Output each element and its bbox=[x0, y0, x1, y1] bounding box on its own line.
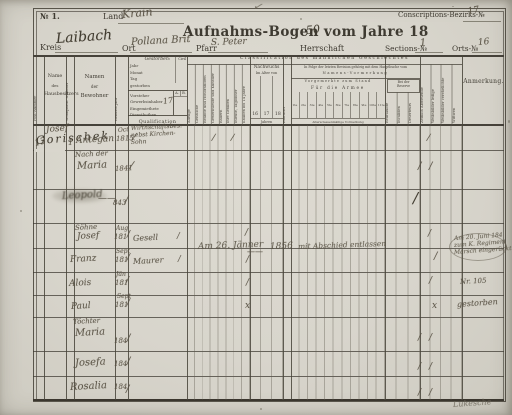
zuwachs-column: Zuwachs bbox=[283, 64, 291, 125]
right-column-label: Weibsbilder ledige bbox=[431, 64, 442, 125]
rule bbox=[472, 52, 502, 53]
paper-speck bbox=[452, 6, 454, 7]
right-column-label: Zeitlich Abwesende bbox=[420, 64, 431, 125]
age-class-label: 16 bbox=[250, 76, 260, 118]
column-label: Name bbox=[44, 72, 66, 82]
conscription-district-label: Conscriptions-Bezirks-№ bbox=[398, 12, 485, 19]
class-group-label: Beamte und Honoratioren bbox=[203, 64, 211, 125]
column-label: Geburts-Jahr bbox=[115, 62, 128, 123]
reserve-sub-columns: BeurlaubteInvalidenDeserteurs bbox=[385, 92, 420, 125]
column-label: Zuwachs bbox=[283, 64, 291, 125]
column-header-post-number: Post-Nummer bbox=[34, 62, 44, 123]
reserve-sub-label: Deserteurs bbox=[408, 92, 420, 125]
status-box: VorsteherGewerbsinhaberEingemietheteDien… bbox=[128, 90, 187, 115]
armee-class-label: 1te bbox=[291, 92, 299, 118]
column-grid-band bbox=[291, 125, 385, 400]
column-label: Hausbesitzers bbox=[44, 90, 66, 100]
rule bbox=[463, 21, 501, 22]
status-cols: A.B. bbox=[173, 91, 187, 115]
armee-class-label: 9te bbox=[359, 92, 368, 118]
right-column-label: Weibsbilder verehelichte bbox=[441, 64, 452, 125]
column-grid-band bbox=[420, 125, 462, 400]
column-label: des bbox=[44, 82, 66, 90]
paper-speck bbox=[300, 18, 302, 20]
civil-label: Civil bbox=[175, 57, 186, 83]
nachwuchs-title: Nachwuchs bbox=[250, 64, 283, 70]
armee-class-label: 4te bbox=[316, 92, 325, 118]
armee-title: Für die Armee bbox=[291, 85, 385, 90]
column-label: Bewohner bbox=[74, 91, 115, 102]
anmerkung-label: Anmerkung. bbox=[462, 78, 505, 85]
column-grid-band bbox=[250, 125, 283, 400]
armee-class-label: 3te bbox=[307, 92, 316, 118]
rule bbox=[55, 52, 118, 53]
herrschaft-label: Herrschaft bbox=[300, 45, 344, 53]
revision-line2: Namens-Vormerkung bbox=[291, 71, 420, 75]
armee-class-label: 10te bbox=[368, 92, 377, 118]
class-group-label: Inleute, Taglöhner bbox=[234, 64, 242, 125]
merged-cell-patch bbox=[34, 149, 65, 152]
class-group-label: Adelige bbox=[187, 64, 195, 125]
age-class-label: 17 bbox=[260, 76, 271, 118]
column-header-owner: Name des Hausbesitzers bbox=[44, 72, 66, 99]
revision-line1: In Folge der letzten Revision gehörig mi… bbox=[291, 65, 420, 69]
class-group-label: Geistliche bbox=[195, 64, 203, 125]
reserve-title: Reserve bbox=[388, 84, 419, 88]
died-box: Gestorben: JahrMonatTaggestorben Civil bbox=[128, 56, 187, 90]
column-label: Namen bbox=[74, 72, 115, 83]
grid-line bbox=[74, 55, 75, 400]
armee-class-label: 11te bbox=[376, 92, 385, 118]
column-label: Wohnparth.-Nummer bbox=[66, 62, 74, 123]
rule bbox=[208, 52, 268, 53]
column-header-died-qualification: Gestorben: JahrMonatTaggestorben Civil V… bbox=[128, 56, 187, 125]
armee-class-label: 8te bbox=[350, 92, 359, 118]
age-class-label: 18 bbox=[272, 76, 283, 118]
scanned-census-sheet: № 1. Land Conscriptions-Bezirks-№ Aufnah… bbox=[0, 0, 512, 415]
kreis-label: Kreis bbox=[40, 44, 61, 52]
nachwuchs-unit: Jahren bbox=[250, 118, 283, 125]
paper-speck bbox=[260, 408, 262, 410]
class-group-label: Knaben bis 14 Jahre bbox=[242, 64, 250, 125]
column-grid-band bbox=[385, 125, 420, 400]
form-title: Aufnahms-Bogen vom Jahre 18 bbox=[183, 26, 429, 40]
column-header-wohnpartei: Wohnparth.-Nummer bbox=[66, 62, 74, 123]
nachwuchs-column: Nachwuchs Im Alter von 161718 Jahren bbox=[250, 64, 283, 125]
column-header-residents: Namen der Bewohner bbox=[74, 72, 115, 102]
status-row-label: Eingemiethete bbox=[130, 106, 171, 111]
armee-class-label: 6te bbox=[333, 92, 342, 118]
reserve-box: Bei der Reserve bbox=[387, 79, 420, 93]
armee-class-label: 2te bbox=[299, 92, 308, 118]
armee-column-group: Vorgemerkte zum Stand Für die Armee 1te2… bbox=[291, 78, 385, 125]
status-col-label: B. bbox=[180, 91, 187, 97]
armee-class-label: 7te bbox=[342, 92, 351, 118]
armee-footer: Altersclassenmäßige Vormerkung bbox=[291, 118, 385, 125]
status-rows: VorsteherGewerbsinhaberEingemietheteDien… bbox=[128, 91, 173, 115]
rule bbox=[130, 52, 192, 53]
revision-header: In Folge der letzten Revision gehörig mi… bbox=[291, 64, 420, 79]
column-label: der bbox=[74, 83, 115, 91]
column-label: Post-Nummer bbox=[34, 62, 44, 123]
grid-line bbox=[462, 55, 463, 400]
qualification-label: Qualification bbox=[128, 115, 187, 125]
column-header-birth-year: Geburts-Jahr bbox=[115, 62, 128, 123]
grid-line bbox=[44, 55, 45, 400]
right-column-label: Wittwen bbox=[452, 64, 463, 125]
reserve-sub-label: Invaliden bbox=[397, 92, 409, 125]
status-row-label: Vorsteher bbox=[130, 93, 171, 98]
column-grid-band bbox=[187, 125, 250, 400]
land-label: Land bbox=[103, 13, 123, 21]
right-columns: Zeitlich AbwesendeWeibsbilder ledigeWeib… bbox=[420, 64, 462, 125]
armee-super-label: Vorgemerkte zum Stand bbox=[291, 79, 385, 83]
paper-speck bbox=[20, 210, 22, 212]
died-row-label: gestorben bbox=[130, 83, 185, 88]
paper-speck bbox=[508, 120, 510, 123]
age-cells: 161718 bbox=[250, 76, 283, 118]
class-group-label: Gewerbsleute und Künstler bbox=[211, 64, 219, 125]
armee-class-cells: 1te2te3te4te5te6te7te8te9te10te11te bbox=[291, 92, 385, 118]
nachwuchs-subtitle: Im Alter von bbox=[250, 71, 283, 75]
status-row-label: Gewerbsinhaber bbox=[130, 99, 171, 104]
class-group-columns: AdeligeGeistlicheBeamte und Honoratioren… bbox=[187, 64, 250, 125]
rule bbox=[415, 52, 443, 53]
armee-class-label: 5te bbox=[325, 92, 334, 118]
sheet-number: № 1. bbox=[40, 12, 60, 20]
rule bbox=[118, 23, 184, 24]
reserve-sub-label: Beurlaubte bbox=[385, 92, 397, 125]
